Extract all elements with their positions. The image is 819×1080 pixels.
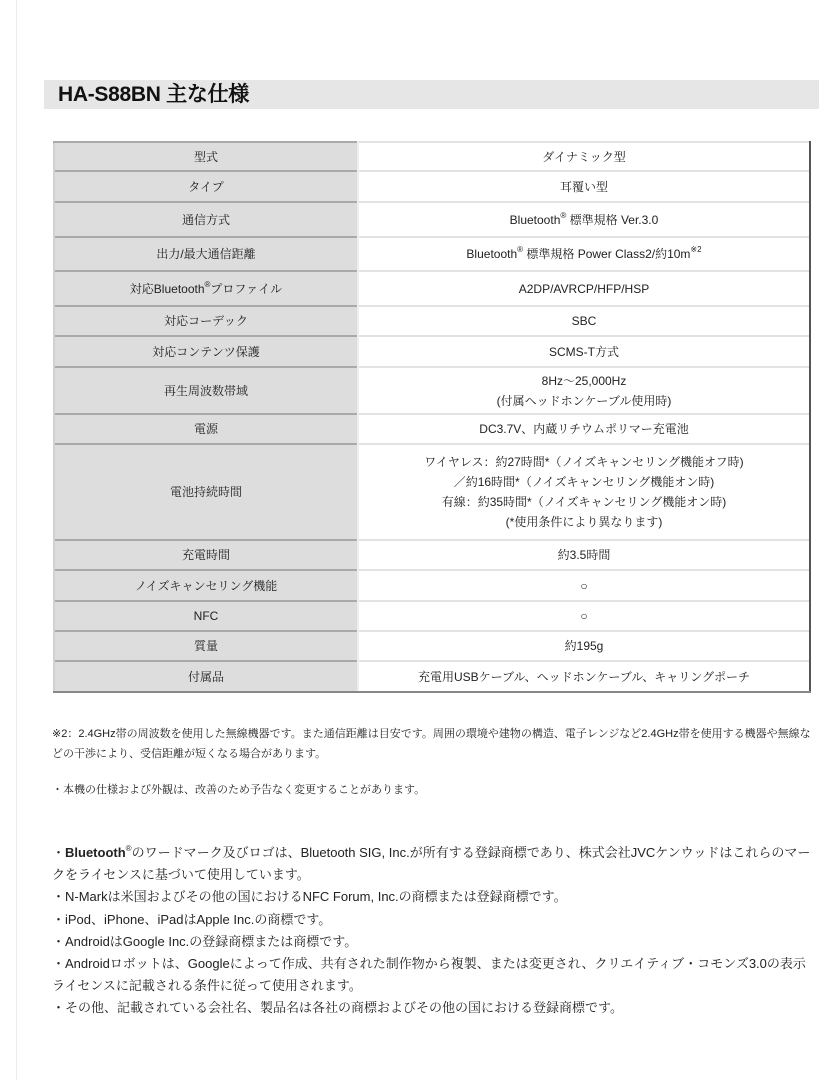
value-line: (*使用条件により異なります) [365, 512, 803, 532]
spec-label: 付属品 [54, 661, 358, 692]
spec-value: 8Hz〜25,000Hz (付属ヘッドホンケーブル使用時) [358, 367, 810, 414]
spec-table: 型式 ダイナミック型 タイプ 耳覆い型 通信方式 Bluetooth® 標準規格… [53, 141, 811, 693]
spec-label: 出力/最大通信距離 [54, 237, 358, 271]
spec-value: A2DP/AVRCP/HFP/HSP [358, 271, 810, 306]
table-row: 付属品 充電用USBケーブル、ヘッドホンケーブル、キャリングポーチ [54, 661, 810, 692]
spec-value: 約3.5時間 [358, 540, 810, 570]
spec-label: 質量 [54, 631, 358, 661]
spec-label: 電池持続時間 [54, 444, 358, 540]
trademark-android: ・AndroidはGoogle Inc.の登録商標または商標です。 [52, 931, 812, 953]
table-row: 対応コンテンツ保護 SCMS-T方式 [54, 336, 810, 367]
spec-value: ○ [358, 601, 810, 631]
spec-label: 通信方式 [54, 202, 358, 237]
label-text: 対応Bluetooth [130, 282, 205, 296]
table-row: NFC ○ [54, 601, 810, 631]
spec-label: 再生周波数帯域 [54, 367, 358, 414]
page-title: HA-S88BN 主な仕様 [58, 82, 249, 108]
spec-value: 約195g [358, 631, 810, 661]
spec-label: 対応コンテンツ保護 [54, 336, 358, 367]
spec-label: NFC [54, 601, 358, 631]
table-row: 充電時間 約3.5時間 [54, 540, 810, 570]
title-bar: HA-S88BN 主な仕様 [44, 80, 819, 109]
value-text: Bluetooth [466, 247, 517, 261]
trademark-android-robot: ・Androidロボットは、Googleによって作成、共有された制作物から複製、… [52, 953, 812, 997]
spec-value: SCMS-T方式 [358, 336, 810, 367]
value-text: 標準規格 Ver.3.0 [566, 213, 658, 227]
spec-label: ノイズキャンセリング機能 [54, 570, 358, 601]
value-line: 有線：約35時間*（ノイズキャンセリング機能オン時) [365, 492, 803, 512]
spec-value: DC3.7V、内蔵リチウムポリマー充電池 [358, 414, 810, 444]
table-row: タイプ 耳覆い型 [54, 171, 810, 202]
trademark-text: のワードマーク及びロゴは、Bluetooth SIG, Inc.が所有する登録商… [52, 845, 810, 882]
spec-value: ダイナミック型 [358, 142, 810, 171]
spec-label: 充電時間 [54, 540, 358, 570]
spec-label: 電源 [54, 414, 358, 444]
value-text: Bluetooth [510, 213, 561, 227]
trademark-bluetooth: ・Bluetooth®のワードマーク及びロゴは、Bluetooth SIG, I… [52, 842, 812, 886]
value-line: ワイヤレス：約27時間*（ノイズキャンセリング機能オフ時) [365, 452, 803, 472]
trademark-nfc: ・N-Markは米国およびその他の国におけるNFC Forum, Inc.の商標… [52, 886, 812, 908]
trademark-notices: ・Bluetooth®のワードマーク及びロゴは、Bluetooth SIG, I… [52, 842, 812, 1020]
spec-label: 型式 [54, 142, 358, 171]
table-row: 型式 ダイナミック型 [54, 142, 810, 171]
spec-value: ○ [358, 570, 810, 601]
table-row: 出力/最大通信距離 Bluetooth® 標準規格 Power Class2/約… [54, 237, 810, 271]
table-row: 対応コーデック SBC [54, 306, 810, 336]
spec-label: タイプ [54, 171, 358, 202]
spec-label: 対応Bluetooth®プロファイル [54, 271, 358, 306]
footnote-ref: ※2 [690, 245, 701, 254]
spec-value: 耳覆い型 [358, 171, 810, 202]
trademark-apple: ・iPod、iPhone、iPadはApple Inc.の商標です。 [52, 909, 812, 931]
table-row: 通信方式 Bluetooth® 標準規格 Ver.3.0 [54, 202, 810, 237]
table-row: 電源 DC3.7V、内蔵リチウムポリマー充電池 [54, 414, 810, 444]
table-row: ノイズキャンセリング機能 ○ [54, 570, 810, 601]
table-row: 電池持続時間 ワイヤレス：約27時間*（ノイズキャンセリング機能オフ時) ／約1… [54, 444, 810, 540]
value-line: 8Hz〜25,000Hz [365, 371, 803, 391]
value-line: ／約16時間*（ノイズキャンセリング機能オン時) [365, 472, 803, 492]
spec-label: 対応コーデック [54, 306, 358, 336]
footnote-spec-change: ・本機の仕様および外観は、改善のため予告なく変更することがあります。 [52, 780, 812, 800]
table-row: 再生周波数帯域 8Hz〜25,000Hz (付属ヘッドホンケーブル使用時) [54, 367, 810, 414]
table-row: 対応Bluetooth®プロファイル A2DP/AVRCP/HFP/HSP [54, 271, 810, 306]
spec-value: ワイヤレス：約27時間*（ノイズキャンセリング機能オフ時) ／約16時間*（ノイ… [358, 444, 810, 540]
value-line: (付属ヘッドホンケーブル使用時) [365, 391, 803, 411]
bluetooth-wordmark: Bluetooth [65, 845, 126, 860]
value-text: 標準規格 Power Class2/約10m [523, 247, 690, 261]
spec-value: SBC [358, 306, 810, 336]
trademark-others: ・その他、記載されている会社名、製品名は各社の商標およびその他の国における登録商… [52, 997, 812, 1019]
page-edge-divider [16, 0, 17, 1080]
footnote-distance: ※2：2.4GHz帯の周波数を使用した無線機器です。また通信距離は目安です。周囲… [52, 724, 812, 764]
spec-value: 充電用USBケーブル、ヘッドホンケーブル、キャリングポーチ [358, 661, 810, 692]
label-text: プロファイル [210, 282, 282, 296]
bullet: ・ [52, 845, 65, 860]
spec-value: Bluetooth® 標準規格 Power Class2/約10m※2 [358, 237, 810, 271]
table-row: 質量 約195g [54, 631, 810, 661]
spec-value: Bluetooth® 標準規格 Ver.3.0 [358, 202, 810, 237]
